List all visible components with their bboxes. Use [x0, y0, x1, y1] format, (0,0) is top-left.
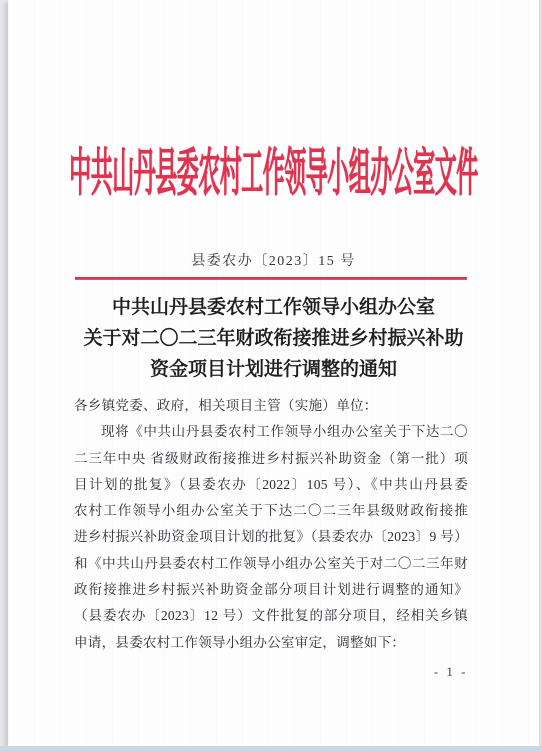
document-page: 中共山丹县委农村工作领导小组办公室文件 县委农办〔2023〕15 号 中共山丹县…	[8, 0, 539, 746]
body-text-line: 政衔接推进乡村振兴补助资金部分项目计划进行调整的通知》	[74, 577, 468, 603]
scanned-document-background: 中共山丹县委农村工作领导小组办公室文件 县委农办〔2023〕15 号 中共山丹县…	[0, 0, 542, 751]
document-body: 各乡镇党委、政府，相关项目主管（实施）单位： 现将《中共山丹县委农村工作领导小组…	[74, 393, 468, 656]
document-title-line: 资金项目计划进行调整的通知	[8, 354, 539, 385]
body-text-line: 现将《中共山丹县委农村工作领导小组办公室关于下达二〇	[74, 419, 468, 445]
body-text-line: （县委农办〔2023〕12 号）文件批复的部分项目，经相关乡镇	[74, 603, 468, 629]
body-text-line: 目计划的批复》（县委农办〔2022〕105 号）、《中共山丹县委	[74, 472, 468, 498]
body-text-line: 农村工作领导小组办公室关于下达二〇二三年县级财政衔接推	[74, 498, 468, 524]
document-title-line: 关于对二〇二三年财政衔接推进乡村振兴补助	[8, 323, 539, 354]
salutation-line: 各乡镇党委、政府，相关项目主管（实施）单位：	[74, 393, 468, 419]
document-title: 中共山丹县委农村工作领导小组办公室关于对二〇二三年财政衔接推进乡村振兴补助资金项…	[8, 292, 539, 385]
body-text-line: 二三年中央 省级财政衔接推进乡村振兴补助资金（第一批）项	[74, 446, 468, 472]
body-paragraph: 现将《中共山丹县委农村工作领导小组办公室关于下达二〇二三年中央 省级财政衔接推进…	[74, 419, 468, 656]
body-text-line: 和《中共山丹县委农村工作领导小组办公室关于对二〇二三年财	[74, 551, 468, 577]
document-title-line: 中共山丹县委农村工作领导小组办公室	[8, 292, 539, 323]
red-letterhead: 中共山丹县委农村工作领导小组办公室文件	[8, 142, 539, 198]
scan-bottom-edge	[0, 746, 542, 751]
letterhead-title: 中共山丹县委农村工作领导小组办公室文件	[69, 134, 478, 207]
document-number: 县委农办〔2023〕15 号	[8, 250, 539, 270]
body-text-line: 进乡村振兴补助资金项目计划的批复》（县委农办〔2023〕9 号）	[74, 524, 468, 550]
red-separator-line	[75, 277, 467, 280]
page-number: - 1 -	[434, 664, 468, 680]
body-text-line: 申请，县委农村工作领导小组办公室审定，调整如下：	[74, 630, 468, 656]
